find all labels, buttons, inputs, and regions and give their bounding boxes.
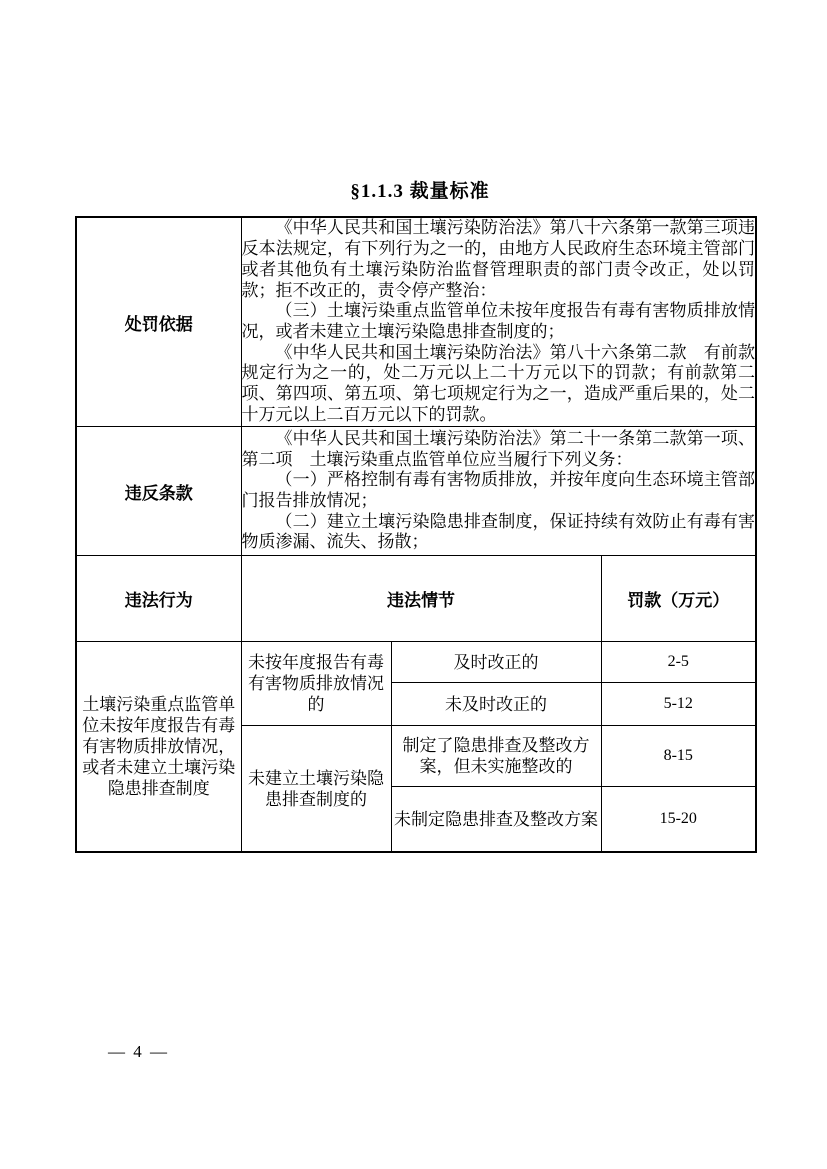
case-detail-cell: 未及时改正的 (391, 683, 601, 726)
row-label-violated-clause: 违反条款 (76, 427, 241, 556)
row-label-penalty-basis: 处罚依据 (76, 217, 241, 427)
penalty-basis-paragraph-3: 《中华人民共和国土壤污染防治法》第八十六条第二款 有前款规定行为之一的，处二万元… (242, 343, 756, 426)
case-detail-cell: 制定了隐患排查及整改方案，但未实施整改的 (391, 726, 601, 787)
page-title: §1.1.3 裁量标准 (75, 176, 765, 203)
case-detail-cell: 及时改正的 (391, 642, 601, 683)
violated-clause-cell: 《中华人民共和国土壤污染防治法》第二十一条第二款第一项、第二项 土壤污染重点监管… (241, 427, 756, 556)
table-row: 违反条款 《中华人民共和国土壤污染防治法》第二十一条第二款第一项、第二项 土壤污… (76, 427, 756, 556)
fine-cell: 15-20 (601, 787, 756, 853)
penalty-basis-paragraph-1: 《中华人民共和国土壤污染防治法》第八十六条第一款第三项违反本法规定，有下列行为之… (242, 218, 756, 301)
behavior-cell: 土壤污染重点监管单位未按年度报告有毒有害物质排放情况，或者未建立土壤污染隐患排查… (76, 642, 241, 853)
case-detail-cell: 未制定隐患排查及整改方案 (391, 787, 601, 853)
table-header-row: 违法行为 违法情节 罚款（万元） (76, 556, 756, 642)
violated-clause-paragraph-1: 《中华人民共和国土壤污染防治法》第二十一条第二款第一项、第二项 土壤污染重点监管… (242, 429, 756, 470)
circumstance-group-2-cell: 未建立土壤污染隐患排查制度的 (241, 726, 391, 853)
circumstance-group-1-cell: 未按年度报告有毒有害物质排放情况的 (241, 642, 391, 726)
col-header-fine: 罚款（万元） (601, 556, 756, 642)
col-header-behavior: 违法行为 (76, 556, 241, 642)
penalty-standard-table: 处罚依据 《中华人民共和国土壤污染防治法》第八十六条第一款第三项违反本法规定，有… (75, 216, 757, 853)
page-number: — 4 — (108, 1042, 169, 1062)
document-page: { "page": { "title": "§1.1.3 裁量标准", "pag… (0, 0, 827, 1169)
table-row: 处罚依据 《中华人民共和国土壤污染防治法》第八十六条第一款第三项违反本法规定，有… (76, 217, 756, 427)
fine-cell: 2-5 (601, 642, 756, 683)
col-header-circumstance: 违法情节 (241, 556, 601, 642)
fine-cell: 8-15 (601, 726, 756, 787)
penalty-basis-cell: 《中华人民共和国土壤污染防治法》第八十六条第一款第三项违反本法规定，有下列行为之… (241, 217, 756, 427)
violated-clause-paragraph-3: （二）建立土壤污染隐患排查制度，保证持续有效防止有毒有害物质渗漏、流失、扬散； (242, 512, 756, 553)
fine-cell: 5-12 (601, 683, 756, 726)
penalty-basis-paragraph-2: （三）土壤污染重点监管单位未按年度报告有毒有害物质排放情况，或者未建立土壤污染隐… (242, 301, 756, 342)
violated-clause-paragraph-2: （一）严格控制有毒有害物质排放，并按年度向生态环境主管部门报告排放情况； (242, 470, 756, 511)
table-row: 土壤污染重点监管单位未按年度报告有毒有害物质排放情况，或者未建立土壤污染隐患排查… (76, 642, 756, 683)
